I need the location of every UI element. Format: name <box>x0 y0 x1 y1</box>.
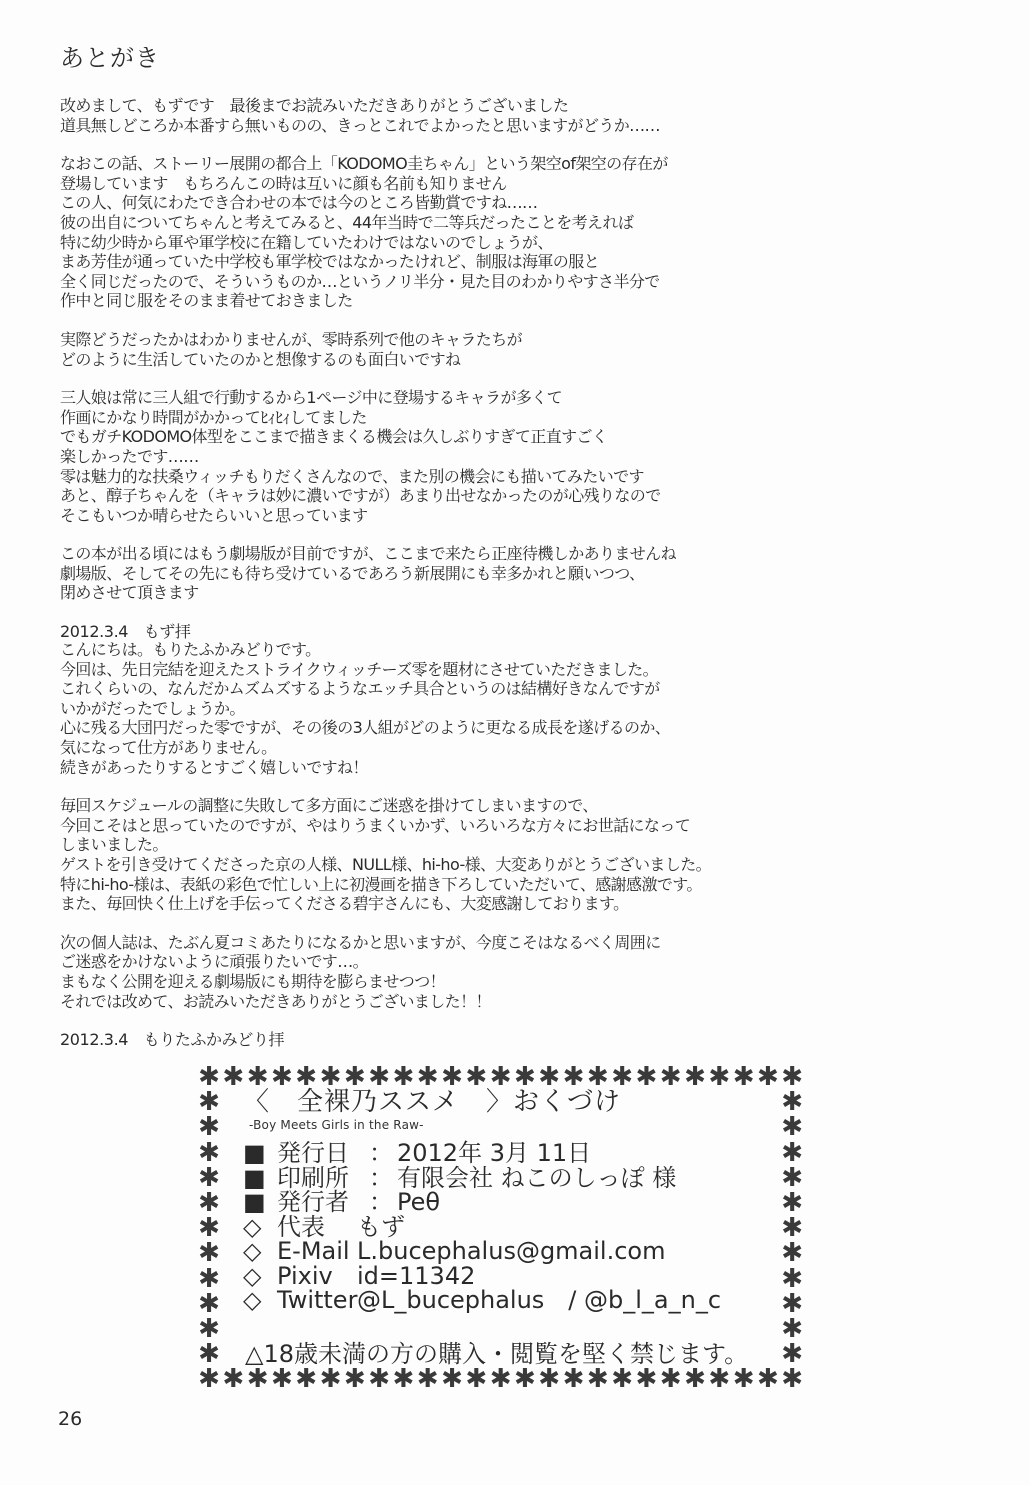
colophon-box: ✱✱✱✱✱✱✱✱✱✱✱✱✱✱✱✱✱✱✱✱✱✱✱✱✱✱✱✱✱✱✱✱✱✱✱✱✱✱✱✱… <box>198 1066 798 1396</box>
pixiv-id: id=11342 <box>357 1264 475 1289</box>
star-border-icon: ✱ <box>733 1066 755 1088</box>
colophon-body: 〈 全裸乃ススメ 〉おくづけ -Boy Meets Girls in the R… <box>243 1087 763 1368</box>
text-line: どのように生活していたのかと想像するのも面白いですね <box>60 350 780 370</box>
star-border-icon: ✱ <box>757 1368 779 1390</box>
text-line: まあ芳佳が通っていた中学校も軍学校ではなかったけれど、制服は海軍の服と <box>60 252 780 272</box>
row-sep: ： <box>369 1190 397 1215</box>
star-border-icon: ✱ <box>344 1066 366 1088</box>
star-border-icon: ✱ <box>198 1293 220 1315</box>
text-line: そこもいつか晴らせたらいいと思っています <box>60 506 780 526</box>
page-number: 26 <box>58 1408 82 1430</box>
colophon-row-pixiv: ◇ Pixiv id=11342 <box>243 1264 763 1289</box>
text-line: 続きがあったりするとすごく嬉しいですね！ <box>60 758 780 778</box>
star-border-icon: ✱ <box>320 1066 342 1088</box>
star-border-icon: ✱ <box>733 1368 755 1390</box>
row-key: 発行者 <box>277 1190 369 1215</box>
star-border-icon: ✱ <box>198 1142 220 1164</box>
text-line: 次の個人誌は、たぶん夏コミあたりになるかと思いますが、今度こそはなるべく周囲に <box>60 933 780 953</box>
star-border-icon: ✱ <box>490 1066 512 1088</box>
text-line: しまいました。 <box>60 835 780 855</box>
row-key: Pixiv <box>277 1264 357 1289</box>
twitter-handles: @L_bucephalus / @b_l_a_n_c <box>357 1288 721 1313</box>
colophon-row-representative: ◇ 代表 もず <box>243 1215 763 1240</box>
star-border-icon: ✱ <box>781 1192 803 1214</box>
colophon-row-publisher: ■ 発行者 ： Peθ <box>243 1190 763 1215</box>
star-border-icon: ✱ <box>781 1167 803 1189</box>
star-border-icon: ✱ <box>198 1116 220 1138</box>
row-sep: ： <box>369 1141 397 1166</box>
star-border-icon: ✱ <box>368 1368 390 1390</box>
text-line: 彼の出自についてちゃんと考えてみると、44年当時で二等兵だったことを考えれば <box>60 213 780 233</box>
paragraph: この本が出る頃にはもう劇場版が目前ですが、ここまで来たら正座待機しかありませんね… <box>60 544 780 603</box>
text-line: 今回こそはと思っていたのですが、やはりうまくいかず、いろいろな方々にお世話になっ… <box>60 816 780 836</box>
star-border-icon: ✱ <box>198 1242 220 1264</box>
text-line: 実際どうだったかはわかりませんが、零時系列で他のキャラたちが <box>60 330 780 350</box>
text-line: 劇場版、そしてその先にも待ち受けているであろう新展開にも幸多かれと願いつつ、 <box>60 564 780 584</box>
text-line: まもなく公開を迎える劇場版にも期待を膨らませつつ！ <box>60 972 780 992</box>
row-value: Peθ <box>397 1190 440 1215</box>
text-line: なおこの話、ストーリー展開の都合上「KODOMO圭ちゃん」という架空of架空の存… <box>60 154 780 174</box>
text-line: 登場しています もちろんこの時は互いに顔も名前も知りません <box>60 174 780 194</box>
text-line: 気になって仕方がありません。 <box>60 738 780 758</box>
row-sep: ： <box>369 1166 397 1191</box>
star-border-icon: ✱ <box>198 1217 220 1239</box>
star-border-icon: ✱ <box>465 1066 487 1088</box>
row-key: Twitter <box>277 1288 357 1313</box>
star-border-icon: ✱ <box>781 1293 803 1315</box>
star-border-icon: ✱ <box>320 1368 342 1390</box>
star-border-icon: ✱ <box>198 1192 220 1214</box>
text-line: 零は魅力的な扶桑ウィッチもりだくさんなので、また別の機会にも描いてみたいです <box>60 467 780 487</box>
star-border-icon: ✱ <box>514 1368 536 1390</box>
text-line: 特に幼少時から軍や軍学校に在籍していたわけではないのでしょうが、 <box>60 233 780 253</box>
paragraph: 次の個人誌は、たぶん夏コミあたりになるかと思いますが、今度こそはなるべく周囲に … <box>60 933 780 1011</box>
afterword-moritafukamidori: こんにちは。もりたふかみどりです。 今回は、先日完結を迎えたストライクウィッチー… <box>60 640 780 1050</box>
star-border-icon: ✱ <box>198 1066 220 1088</box>
colophon-row-printer: ■ 印刷所 ： 有限会社 ねこのしっぽ 様 <box>243 1166 763 1191</box>
text-line: この人、何気にわたでき合わせの本では今のところ皆勤賞ですね…… <box>60 193 780 213</box>
star-border-icon: ✱ <box>708 1066 730 1088</box>
text-line: あと、醇子ちゃんを（キャラは妙に濃いですが）あまり出せなかったのが心残りなので <box>60 486 780 506</box>
star-border-icon: ✱ <box>538 1368 560 1390</box>
star-border-icon: ✱ <box>441 1066 463 1088</box>
diamond-icon: ◇ <box>243 1239 277 1264</box>
star-border-icon: ✱ <box>587 1066 609 1088</box>
text-line: 全く同じだったので、そういうものか…というノリ半分・見た目のわかりやすさ半分で <box>60 272 780 292</box>
star-border-icon: ✱ <box>684 1368 706 1390</box>
paragraph: 実際どうだったかはわかりませんが、零時系列で他のキャラたちが どのように生活して… <box>60 330 780 369</box>
text-line: 道具無しどころか本番すら無いものの、きっとこれでよかったと思いますがどうか…… <box>60 116 780 136</box>
paragraph: 改めまして、もずです 最後までお読みいただきありがとうございました 道具無しどこ… <box>60 96 780 135</box>
star-border-icon: ✱ <box>514 1066 536 1088</box>
star-border-icon: ✱ <box>660 1368 682 1390</box>
text-line: 毎回スケジュールの調整に失敗して多方面にご迷惑を掛けてしまいますので、 <box>60 796 780 816</box>
star-border-icon: ✱ <box>271 1368 293 1390</box>
star-border-icon: ✱ <box>198 1268 220 1290</box>
row-key: E-Mail <box>277 1239 357 1264</box>
text-line: 今回は、先日完結を迎えたストライクウィッチーズ零を題材にさせていただきました。 <box>60 660 780 680</box>
star-border-icon: ✱ <box>222 1368 244 1390</box>
star-border-icon: ✱ <box>611 1368 633 1390</box>
star-border-icon: ✱ <box>563 1368 585 1390</box>
star-border-icon: ✱ <box>563 1066 585 1088</box>
text-line: 改めまして、もずです 最後までお読みいただきありがとうございました <box>60 96 780 116</box>
square-icon: ■ <box>243 1190 277 1215</box>
star-border-icon: ✱ <box>708 1368 730 1390</box>
row-key: 印刷所 <box>277 1166 369 1191</box>
star-border-icon: ✱ <box>465 1368 487 1390</box>
text-line: ご迷惑をかけないように頑張りたいです…。 <box>60 952 780 972</box>
paragraph: 毎回スケジュールの調整に失敗して多方面にご迷惑を掛けてしまいますので、 今回こそ… <box>60 796 780 914</box>
row-key: 発行日 <box>277 1141 369 1166</box>
star-border-icon: ✱ <box>781 1217 803 1239</box>
star-border-icon: ✱ <box>781 1242 803 1264</box>
star-border-icon: ✱ <box>295 1066 317 1088</box>
star-border-icon: ✱ <box>781 1116 803 1138</box>
star-border-icon: ✱ <box>781 1318 803 1340</box>
diamond-icon: ◇ <box>243 1288 277 1313</box>
star-border-icon: ✱ <box>781 1343 803 1365</box>
star-border-icon: ✱ <box>198 1318 220 1340</box>
signature: 2012.3.4 もりたふかみどり拝 <box>60 1030 780 1050</box>
text-line: 楽しかったです…… <box>60 447 780 467</box>
colophon-row-twitter: ◇ Twitter @L_bucephalus / @b_l_a_n_c <box>243 1288 763 1313</box>
star-border-icon: ✱ <box>417 1368 439 1390</box>
email-link[interactable]: L.bucephalus@gmail.com <box>357 1239 665 1264</box>
text-line: それでは改めて、お読みいただきありがとうございました！！ <box>60 992 780 1012</box>
text-line: 三人娘は常に三人組で行動するから1ページ中に登場するキャラが多くて <box>60 388 780 408</box>
star-border-icon: ✱ <box>198 1091 220 1113</box>
text-line: 閉めさせて頂きます <box>60 583 780 603</box>
colophon-subtitle: -Boy Meets Girls in the Raw- <box>249 1117 763 1133</box>
colophon-title: 〈 全裸乃ススメ 〉おくづけ <box>243 1087 763 1117</box>
afterword-mozu: 改めまして、もずです 最後までお読みいただきありがとうございました 道具無しどこ… <box>60 96 780 642</box>
text-line: 特にhi-ho-様は、表紙の彩色で忙しい上に初漫画を描き下ろしていただいて、感謝… <box>60 875 780 895</box>
row-value: もず <box>357 1215 405 1240</box>
row-value: 有限会社 ねこのしっぽ 様 <box>397 1166 676 1191</box>
star-border-icon: ✱ <box>198 1167 220 1189</box>
star-border-icon: ✱ <box>587 1368 609 1390</box>
text-line: また、毎回快く仕上げを手伝ってくださる碧宇さんにも、大変感謝しております。 <box>60 894 780 914</box>
star-border-icon: ✱ <box>247 1368 269 1390</box>
star-border-icon: ✱ <box>781 1066 803 1088</box>
star-border-icon: ✱ <box>781 1268 803 1290</box>
star-border-icon: ✱ <box>198 1368 220 1390</box>
star-border-icon: ✱ <box>198 1343 220 1365</box>
text-line: こんにちは。もりたふかみどりです。 <box>60 640 780 660</box>
text-line: ゲストを引き受けてくださった京の人様、NULL様、hi-ho-様、大変ありがとう… <box>60 855 780 875</box>
text-line: この本が出る頃にはもう劇場版が目前ですが、ここまで来たら正座待機しかありませんね <box>60 544 780 564</box>
paragraph: なおこの話、ストーリー展開の都合上「KODOMO圭ちゃん」という架空of架空の存… <box>60 154 780 311</box>
star-border-icon: ✱ <box>441 1368 463 1390</box>
star-border-icon: ✱ <box>781 1368 803 1390</box>
row-key: 代表 <box>277 1215 357 1240</box>
paragraph: こんにちは。もりたふかみどりです。 今回は、先日完結を迎えたストライクウィッチー… <box>60 640 780 777</box>
star-border-icon: ✱ <box>344 1368 366 1390</box>
star-border-icon: ✱ <box>611 1066 633 1088</box>
diamond-icon: ◇ <box>243 1215 277 1240</box>
star-border-icon: ✱ <box>368 1066 390 1088</box>
star-border-icon: ✱ <box>392 1066 414 1088</box>
text-line: 心に残る大団円だった零ですが、その後の3人組がどのように更なる成長を遂げるのか、 <box>60 718 780 738</box>
star-border-icon: ✱ <box>684 1066 706 1088</box>
star-border-icon: ✱ <box>660 1066 682 1088</box>
star-border-icon: ✱ <box>635 1066 657 1088</box>
text-line: 作画にかなり時間がかかってﾋｨﾋｨしてました <box>60 408 780 428</box>
star-border-icon: ✱ <box>417 1066 439 1088</box>
star-border-icon: ✱ <box>781 1091 803 1113</box>
text-line: 作中と同じ服をそのまま着せておきました <box>60 291 780 311</box>
colophon-row-email: ◇ E-Mail L.bucephalus@gmail.com <box>243 1239 763 1264</box>
age-warning: △18歳未満の方の購入・閲覧を堅く禁じます。 <box>245 1340 763 1368</box>
star-border-icon: ✱ <box>781 1142 803 1164</box>
diamond-icon: ◇ <box>243 1264 277 1289</box>
text-line: これくらいの、なんだかムズムズするようなエッチ具合というのは結構好きなんですが <box>60 679 780 699</box>
star-border-icon: ✱ <box>635 1368 657 1390</box>
square-icon: ■ <box>243 1141 277 1166</box>
star-border-icon: ✱ <box>757 1066 779 1088</box>
star-border-icon: ✱ <box>538 1066 560 1088</box>
star-border-icon: ✱ <box>295 1368 317 1390</box>
star-border-icon: ✱ <box>247 1066 269 1088</box>
star-border-icon: ✱ <box>392 1368 414 1390</box>
page-title: あとがき <box>60 38 160 73</box>
row-value: 2012年 3月 11日 <box>397 1141 591 1166</box>
star-border-icon: ✱ <box>490 1368 512 1390</box>
text-line: でもガチKODOMO体型をここまで描きまくる機会は久しぶりすぎて正直すごく <box>60 427 780 447</box>
text-line: いかがだったでしょうか。 <box>60 699 780 719</box>
paragraph: 三人娘は常に三人組で行動するから1ページ中に登場するキャラが多くて 作画にかなり… <box>60 388 780 525</box>
star-border-icon: ✱ <box>271 1066 293 1088</box>
square-icon: ■ <box>243 1166 277 1191</box>
star-border-icon: ✱ <box>222 1066 244 1088</box>
colophon-row-date: ■ 発行日 ： 2012年 3月 11日 <box>243 1141 763 1166</box>
